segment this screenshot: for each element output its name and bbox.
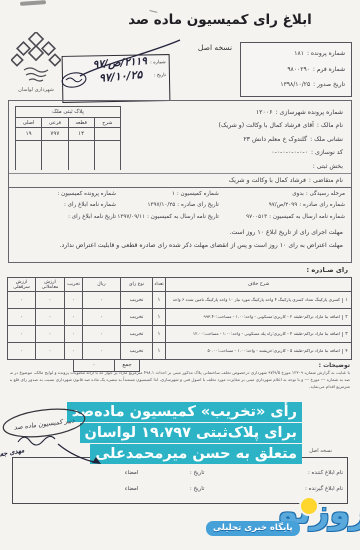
file-info-box: شماره پرونده :۱۸۱ شماره فرم :۹۸۰۰۲۹۰ تار… bbox=[240, 42, 352, 97]
plak-col-main: اصلی bbox=[16, 118, 42, 128]
stamp-date-label: تاریخ : bbox=[154, 73, 166, 78]
violations-header-row: شرح خلاف تعداد نوع رای ریال تخریب ارزش م… bbox=[8, 278, 352, 292]
form-number-label: شماره فرم : bbox=[313, 66, 345, 73]
highlight-line-1: رأی «تخریب» کمیسیون ماده‌صد bbox=[67, 402, 302, 422]
recipient-sign-label: امضاء bbox=[79, 481, 138, 497]
plak-val-desc bbox=[94, 128, 120, 141]
col-goodwill: ارزش سرقفلی bbox=[8, 278, 36, 292]
plak-col-desc: شرح bbox=[94, 118, 120, 128]
file-number-label: شماره پرونده : bbox=[307, 50, 345, 57]
plak-val-sub: ۷۹۷ bbox=[42, 128, 68, 141]
notifier-name-label: نام ابلاغ کننده : bbox=[204, 465, 343, 481]
violation-row: ۱کسری پارکینگ تعداد کسری پارکینگ ۴ واحد … bbox=[8, 292, 352, 309]
field-applicant: نام متقاضی :فرشاد کمال با وکالت و شریک bbox=[9, 173, 351, 187]
commission-row: مرحله رسیدگی :بدوی شماره کمیسیون :۱ شمار… bbox=[13, 189, 345, 200]
deadline-execute: مهلت اجرای رای از تاریخ ابلاغ ۱۰ روز است… bbox=[17, 226, 343, 239]
news-highlight: رأی «تخریب» کمیسیون ماده‌صد برای پلاک‌ثب… bbox=[67, 402, 302, 464]
highlight-line-3: متعلق به حسن میرمحمدعلی bbox=[90, 444, 302, 464]
notes-line: صد به شماره --- مورخ --- و با توجه به اع… bbox=[10, 376, 350, 383]
issue-date-label: تاریخ صدور : bbox=[313, 81, 345, 88]
col-count: تعداد bbox=[153, 278, 166, 292]
commission-row: شماره نامه ارسال به کمیسیون :۹۷۰۰۵۱۳ تار… bbox=[13, 212, 345, 223]
deadline-appeal: مهلت اعتراض به رای ۱۰ روز است و پس از ان… bbox=[17, 239, 343, 252]
col-trade-value: ارزش معاملاتی bbox=[36, 278, 65, 292]
secretary-stamp-text: دبیر کمیسیون ماده صد bbox=[13, 416, 74, 431]
property-section: پلاک ثبتی ملک شرح قطعه فرعی اصلی ۱۴ ۷۹۷ … bbox=[8, 100, 352, 263]
form-number-value: ۹۸۰۰۲۹۰ bbox=[287, 66, 310, 73]
notifier-date-label: تاریخ : bbox=[138, 465, 204, 481]
notes-section: توضیحات : با عنایت به گزارش شماره ۱۲۳۰۹ … bbox=[10, 362, 350, 390]
plak-title: پلاک ثبتی ملک bbox=[16, 107, 121, 118]
logo-dot-icon bbox=[299, 496, 319, 516]
violation-row: ۳اضافه بنا مازاد تراکم-طبقه ۴ - کاربری:ر… bbox=[8, 326, 352, 343]
col-demolition: تخریب bbox=[65, 278, 83, 292]
issue-date-value: ۱۳۹۸/۱۰/۲۵ bbox=[280, 81, 310, 88]
notes-line: مترمربع اقدام می‌نماید. bbox=[10, 383, 350, 390]
news-agency-tagline: پایگاه خبری تحلیلی bbox=[206, 521, 300, 536]
notifier-sign-label: امضاء bbox=[79, 465, 138, 481]
plak-val-main: ۱۹ bbox=[16, 128, 42, 141]
commission-info: مرحله رسیدگی :بدوی شماره کمیسیون :۱ شمار… bbox=[9, 187, 351, 223]
plak-col-sub: فرعی bbox=[42, 118, 68, 128]
municipality-logo: شهرداری لواسان bbox=[10, 32, 62, 98]
file-number-value: ۱۸۱ bbox=[294, 50, 304, 57]
commission-row: شماره رای صادره :۲۰۹۹/ص/۹۷ تاریخ رای صاد… bbox=[13, 200, 345, 211]
plak-col-parcel: قطعه bbox=[68, 118, 94, 128]
stamp-date-value: ۹۷/۱۰/۲۵ bbox=[99, 68, 143, 85]
scanned-document: ابلاغ رای کمیسیون ماده صد نسخه اصل شهردا… bbox=[0, 0, 360, 550]
plak-val-parcel: ۱۴ bbox=[68, 128, 94, 141]
recipient-date-label: تاریخ : bbox=[138, 481, 204, 497]
scan-artifact bbox=[20, 0, 46, 6]
municipality-name: شهرداری لواسان bbox=[10, 87, 62, 93]
copy-label-bottom: نسخه اصل bbox=[309, 448, 332, 454]
handwritten-number-stamp: شماره : ۲۱۱۹/ص/۹۷ تاریخ : ۹۷/۱۰/۲۵ bbox=[62, 54, 171, 103]
violation-row: ۴اضافه بنا مازاد تراکم-طبقه ۵ - کاربری:خ… bbox=[8, 343, 352, 360]
verdict-section-label: رای صـادره : bbox=[306, 266, 348, 274]
col-violation-desc: شرح خلاف bbox=[166, 278, 352, 292]
highlight-line-2: برای پلاک‌ثبتی ۱۹،۷۹۷ لواسان bbox=[80, 423, 302, 443]
page-title: ابلاغ رای کمیسیون ماده صد bbox=[90, 12, 350, 28]
notifier-row: نام ابلاغ کننده : تاریخ : امضاء bbox=[13, 465, 347, 481]
violation-row: ۲اضافه بنا مازاد تراکم-طبقه ۲ - کاربری:م… bbox=[8, 309, 352, 326]
stamp-number-label: شماره : bbox=[150, 60, 166, 65]
col-rial: ریال bbox=[83, 278, 121, 292]
deadline-notes: مهلت اجرای رای از تاریخ ابلاغ ۱۰ روز است… bbox=[9, 223, 351, 252]
issue-date-line: تاریخ صدور :۱۳۹۸/۱۰/۲۵ bbox=[247, 77, 345, 93]
registry-plate-table: پلاک ثبتی ملک شرح قطعه فرعی اصلی ۱۴ ۷۹۷ … bbox=[15, 106, 121, 170]
violations-table: شرح خلاف تعداد نوع رای ریال تخریب ارزش م… bbox=[8, 277, 352, 372]
municipality-logo-icon bbox=[11, 32, 61, 86]
file-number-line: شماره پرونده :۱۸۱ bbox=[247, 46, 345, 62]
notes-line: با عنایت به گزارش شماره ۱۲۳۰۹ مورخ ۹۷/۹/… bbox=[10, 369, 350, 376]
form-number-line: شماره فرم :۹۸۰۰۲۹۰ bbox=[247, 62, 345, 78]
col-verdict-type: نوع رای bbox=[121, 278, 153, 292]
notes-label: توضیحات : bbox=[10, 362, 350, 369]
